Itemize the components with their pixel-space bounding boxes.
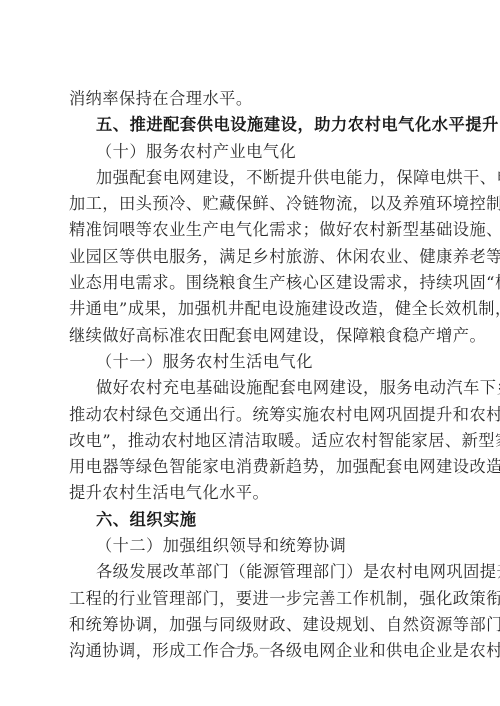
- body-line: 和统筹协调，加强与同级财政、建设规划、自然资源等部门的: [69, 612, 434, 638]
- body-line: 各级发展改革部门（能源管理部门）是农村电网巩固提升: [69, 559, 434, 585]
- body-line: 业园区等供电服务，满足乡村旅游、休闲农业、健康养老等新: [69, 244, 434, 270]
- subsection-heading-twelve: （十二）加强组织领导和统筹协调: [69, 533, 434, 559]
- subsection-heading-eleven: （十一）服务农村生活电气化: [69, 349, 434, 375]
- body-line: 用电器等绿色智能家电消费新趋势，加强配套电网建设改造，: [69, 454, 434, 480]
- body-line: 井通电”成果，加强机井配电设施建设改造，健全长效机制，: [69, 296, 434, 322]
- body-line: 做好农村充电基础设施配套电网建设，服务电动汽车下乡，: [69, 375, 434, 401]
- document-page: 消纳率保持在合理水平。 五、推进配套供电设施建设，助力农村电气化水平提升 （十）…: [69, 86, 434, 665]
- body-line: 业态用电需求。围绕粮食生产核心区建设需求，持续巩固“机: [69, 270, 434, 296]
- body-line: 工程的行业管理部门，要进一步完善工作机制，强化政策衔接: [69, 586, 434, 612]
- body-line: 推动农村绿色交通出行。统筹实施农村电网巩固提升和农村“煤: [69, 402, 434, 428]
- body-line: 精准饲喂等农业生产电气化需求；做好农村新型基础设施、工: [69, 217, 434, 243]
- page-number: － 5 －: [0, 638, 500, 657]
- body-line: 加工，田头预冷、贮藏保鲜、冷链物流，以及养殖环境控制、: [69, 191, 434, 217]
- body-line: 消纳率保持在合理水平。: [69, 86, 434, 112]
- subsection-heading-ten: （十）服务农村产业电气化: [69, 139, 434, 165]
- body-line: 加强配套电网建设，不断提升供电能力，保障电烘干、电: [69, 165, 434, 191]
- section-heading-five: 五、推进配套供电设施建设，助力农村电气化水平提升: [69, 112, 434, 138]
- body-line: 提升农村生活电气化水平。: [69, 480, 434, 506]
- section-heading-six: 六、组织实施: [69, 507, 434, 533]
- body-line: 改电”，推动农村地区清洁取暖。适应农村智能家居、新型家: [69, 428, 434, 454]
- body-line: 继续做好高标准农田配套电网建设，保障粮食稳产增产。: [69, 323, 434, 349]
